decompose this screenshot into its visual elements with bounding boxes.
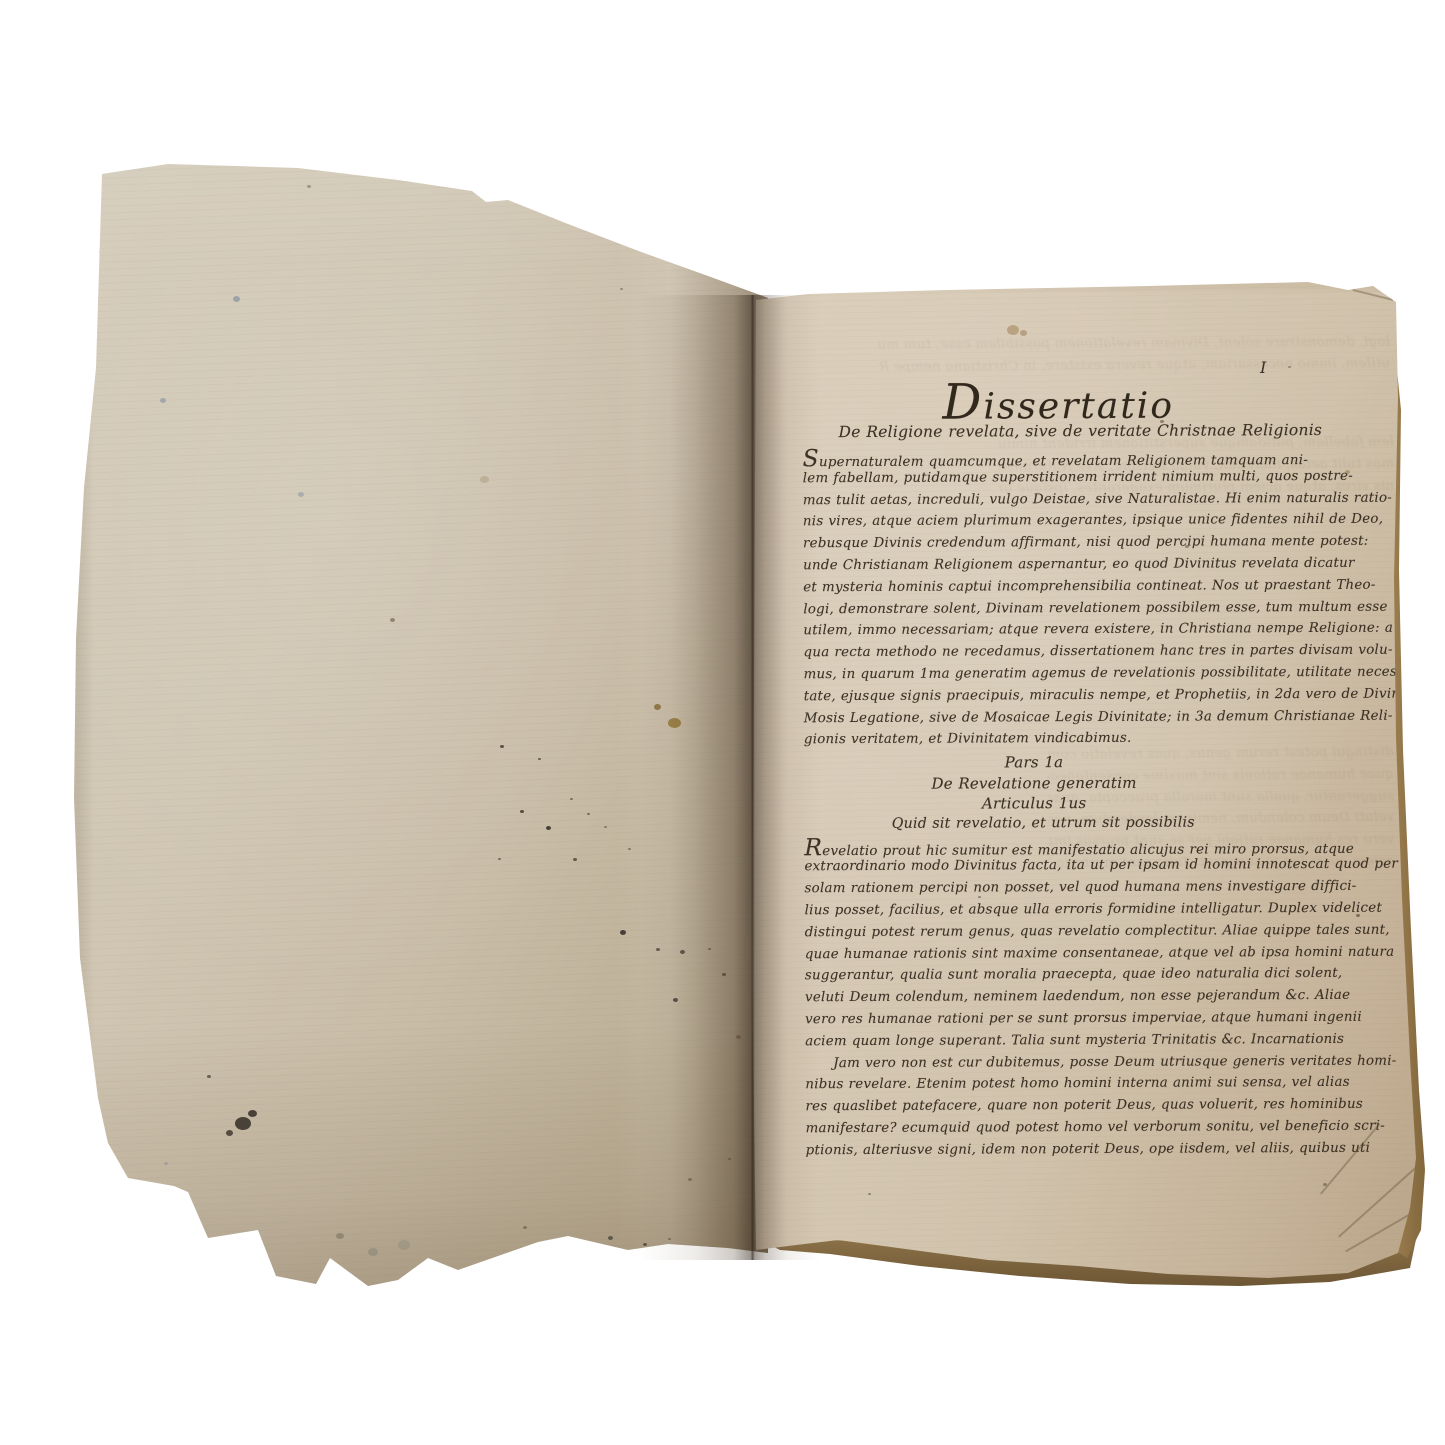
stain-speck <box>95 250 100 254</box>
photograph-of-open-manuscript-book: logi, demonstrare solent, Divinam revela… <box>0 0 1445 1445</box>
left-blank-page <box>68 158 768 1298</box>
page-shading <box>748 278 1438 1298</box>
page-shading <box>68 158 768 1298</box>
right-manuscript-page: logi, demonstrare solent, Divinam revela… <box>748 278 1438 1298</box>
